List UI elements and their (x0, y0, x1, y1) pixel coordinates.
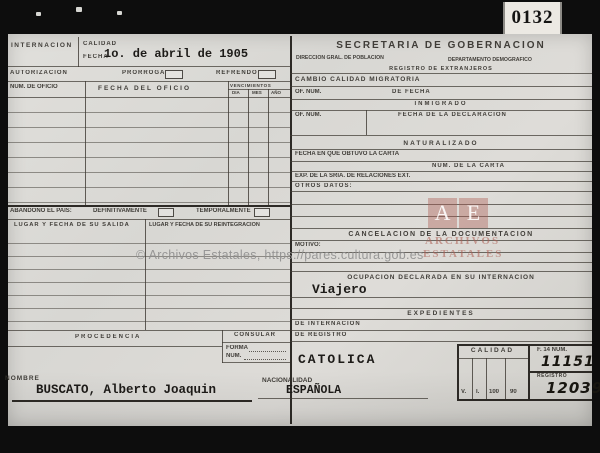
ocupacion-label: OCUPACION DECLARADA EN SU INTERNACION (290, 274, 592, 281)
expedientes-label: EXPEDIENTES (290, 310, 592, 317)
archivos-logo-square-e: E (459, 198, 488, 228)
definitivamente-checkbox (158, 208, 174, 217)
rule-line (290, 297, 592, 298)
procedencia-label: PROCEDENCIA (75, 334, 141, 340)
rule-line (222, 362, 290, 363)
abandono-label: ABANDONO EL PAIS: (10, 208, 72, 214)
nombre-value: BUSCATO, Alberto Joaquin (36, 383, 216, 397)
departamento-subtitle: DEPARTAMENTO DEMOGRAFICO (448, 57, 532, 63)
rule-line (290, 319, 592, 320)
fecha-value: 1o. de abril de 1905 (104, 47, 248, 61)
rule-line (222, 342, 290, 343)
ano-subheader: AÑO (271, 90, 281, 95)
temporalmente-label: TEMPORALMENTE (196, 208, 251, 214)
num-label: NUM. (226, 353, 241, 359)
prorroga-label: PRORROGA (122, 70, 165, 76)
divider-line (78, 37, 79, 67)
rule-line (8, 205, 290, 207)
f14-value: 11151 (541, 354, 595, 370)
calidad-cell-90: 90 (510, 389, 517, 395)
nationality-underline (258, 398, 428, 399)
rule-line (290, 262, 592, 263)
nacionalidad-label: NACIONALIDAD (262, 377, 312, 384)
rule-line (8, 81, 290, 82)
lugar-salida-label: LUGAR Y FECHA DE SU SALIDA (14, 222, 130, 228)
cambio-calidad-label: CAMBIO CALIDAD MIGRATORIA (295, 76, 421, 83)
box-cell-line (486, 358, 487, 399)
de-fecha-label: DE FECHA (392, 89, 431, 95)
fecha-del-oficio-header: FECHA DEL OFICIO (98, 85, 191, 92)
forma-dotted-line (249, 345, 286, 352)
archivos-logo-square-a: A (428, 198, 457, 228)
calidad-cell-100: 100 (489, 389, 499, 395)
name-underline (12, 400, 252, 402)
secretaria-title: SECRETARIA DE GOBERNACION (290, 40, 592, 51)
rule-line (8, 219, 290, 220)
naturalizado-label: NATURALIZADO (290, 140, 592, 147)
box-border-line (457, 344, 592, 346)
main-divider-line (290, 36, 292, 424)
empty-ruled-rows (8, 231, 290, 330)
calidad-cell-v: V. (461, 389, 466, 395)
rule-line (290, 86, 592, 87)
box-cell-line (505, 358, 506, 399)
rule-line (290, 110, 592, 111)
rule-line (290, 341, 592, 342)
fecha-obtuvo-carta-label: FECHA EN QUE OBTUVO LA CARTA (295, 151, 399, 157)
f14-label: F. 14 NUM. (537, 347, 567, 353)
archivos-logo-letter-e: E (467, 200, 480, 226)
dia-subheader: DIA (232, 90, 240, 95)
rule-line (290, 99, 592, 100)
calidad-cell-i: I. (476, 389, 479, 395)
rule-line (290, 73, 592, 74)
direccion-subtitle: DIRECCION GRAL. DE POBLACION (296, 55, 384, 61)
ocupacion-value: Viajero (312, 282, 367, 297)
num-de-la-carta-label: NUM. DE LA CARTA (432, 163, 505, 169)
refrendo-label: REFRENDO (216, 70, 258, 76)
rule-line (290, 135, 592, 136)
empty-table-rows (8, 98, 290, 205)
rule-line (290, 171, 592, 172)
film-speck (117, 11, 122, 15)
fecha-declaracion-label: FECHA DE LA DECLARACION (398, 112, 507, 118)
refrendo-checkbox (258, 70, 276, 79)
archivos-logo-letter-a: A (435, 200, 451, 226)
religion-value: CATOLICA (298, 352, 376, 367)
box-cell-line (472, 358, 473, 399)
box-border-line (457, 399, 592, 401)
archivos-logo-caption-1: ARCHIVOS (425, 235, 500, 247)
rule-line (8, 66, 290, 67)
mes-subheader: MES (252, 90, 262, 95)
calidad-box-label: CALIDAD (457, 347, 528, 354)
rule-line (290, 228, 592, 229)
consular-box-line (222, 330, 223, 363)
nombre-label: NOMBRE (5, 375, 40, 382)
rule-line (290, 161, 592, 162)
de-registro-label: DE REGISTRO (295, 332, 347, 338)
rule-line (290, 181, 592, 182)
definitivamente-label: DEFINITIVAMENTE (93, 208, 147, 214)
rule-line (290, 191, 592, 192)
rule-line (8, 330, 290, 331)
frame-number-tab: 0132 (503, 2, 562, 34)
archivos-logo-caption-2: ESTATALES (423, 248, 503, 260)
num-dotted-line (244, 353, 286, 360)
otros-datos-label: OTROS DATOS: (295, 183, 352, 189)
exp-sria-label: EXP. DE LA SRIA. DE RELACIONES EXT. (295, 173, 410, 179)
film-speck (36, 12, 41, 16)
of-num-2-label: OF. NUM. (295, 112, 321, 118)
frame-number: 0132 (512, 7, 554, 29)
watermark-credit-line: © Archivos Estatales, https://pares.cult… (136, 248, 424, 262)
autorizacion-label: AUTORIZACION (10, 70, 68, 76)
num-de-oficio-header: NUM. DE OFICIO (10, 84, 58, 90)
film-speck (76, 7, 82, 12)
prorroga-checkbox (165, 70, 183, 79)
rule-line (457, 358, 528, 359)
inmigrado-label: INMIGRADO (290, 101, 592, 107)
rule-line (290, 271, 592, 272)
nacionalidad-value: ESPAÑOLA (286, 384, 341, 397)
rule-line (290, 149, 592, 150)
rule-line (8, 346, 222, 347)
registro-value: 12039 (546, 379, 600, 397)
rule-line (290, 330, 592, 331)
consular-label: CONSULAR (234, 332, 276, 338)
lugar-reintegracion-label: LUGAR Y FECHA DE SU REINTEGRACION (149, 222, 260, 228)
registro-extranjeros-subtitle: REGISTRO DE EXTRANJEROS (290, 66, 592, 72)
forma-label: FORMA (226, 345, 248, 351)
de-internacion-label: DE INTERNACION (295, 321, 361, 327)
microfilm-frame: 0132 INTERNACION CALIDAD FECHA 1o. de ab… (0, 0, 600, 453)
of-num-label: OF. NUM. (295, 89, 321, 95)
divider-line (366, 110, 367, 135)
temporalmente-checkbox (254, 208, 270, 217)
rule-line (290, 308, 592, 309)
vencimientos-header: VENCIMIENTOS (230, 83, 271, 88)
internacion-label: INTERNACION (11, 42, 73, 49)
